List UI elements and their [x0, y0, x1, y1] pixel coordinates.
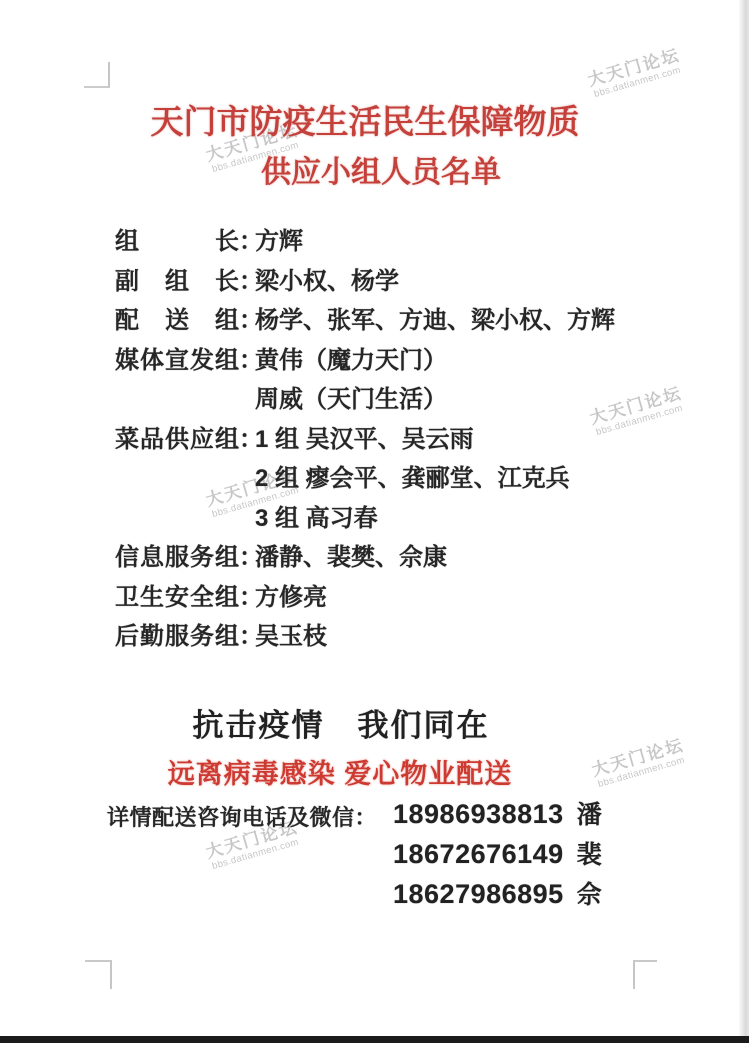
crop-mark-bottom-right — [633, 960, 657, 989]
document-title-line1: 天门市防疫生活民生保障物质 — [0, 96, 730, 143]
roster-label: 信息服务组 — [115, 538, 239, 578]
roster-row-continuation: 3 组 高习春 — [115, 499, 675, 539]
watermark-url: bbs.datianmen.com — [593, 64, 685, 100]
roster-list: 组长：方辉 副组长：梁小权、杨学 配送组：杨学、张军、方迪、梁小权、方辉 媒体宣… — [115, 222, 675, 657]
roster-names: 吴玉枝 — [255, 623, 327, 650]
phone-entry: 18627986895佘 — [393, 874, 602, 914]
roster-names: 2 组 瘳会平、龚郦堂、江克兵 — [255, 465, 570, 492]
phone-list: 18986938813潘 18672676149裴 18627986895佘 — [393, 794, 602, 914]
roster-colon: ： — [239, 578, 255, 618]
roster-row: 菜品供应组：1 组 吴汉平、吴云雨 — [115, 420, 675, 460]
slogan-black: 抗击疫情 我们同在 — [0, 700, 682, 745]
phone-entry: 18672676149裴 — [393, 834, 602, 874]
roster-colon: ： — [239, 222, 255, 262]
document-title-line2: 供应小组人员名单 — [13, 147, 749, 191]
roster-label: 菜品供应组 — [115, 420, 239, 460]
roster-label: 配送组 — [115, 301, 239, 341]
roster-row: 副组长：梁小权、杨学 — [115, 262, 675, 302]
roster-row: 媒体宣发组：黄伟（魔力天门） — [115, 341, 675, 381]
roster-label: 副组长 — [115, 262, 239, 302]
roster-names: 梁小权、杨学 — [255, 268, 399, 295]
watermark-url: bbs.datianmen.com — [211, 836, 303, 872]
roster-colon: ： — [239, 341, 255, 381]
roster-names: 3 组 高习春 — [255, 505, 378, 532]
document-photo: 大天门论坛 bbs.datianmen.com 大天门论坛 bbs.datian… — [0, 0, 749, 1043]
roster-row: 卫生安全组：方修亮 — [115, 578, 675, 618]
phone-number: 18986938813 — [393, 799, 564, 829]
roster-row: 配送组：杨学、张军、方迪、梁小权、方辉 — [115, 301, 675, 341]
watermark-title: 大天门论坛 — [586, 45, 683, 90]
roster-row: 组长：方辉 — [115, 222, 675, 262]
phone-entry: 18986938813潘 — [393, 794, 602, 834]
roster-label: 卫生安全组 — [115, 578, 239, 618]
roster-names: 黄伟（魔力天门） — [255, 347, 447, 374]
contact-intro: 详情配送咨询电话及微信： — [107, 801, 377, 832]
phone-number: 18627986895 — [393, 879, 564, 909]
roster-names: 方修亮 — [255, 584, 327, 611]
roster-label: 媒体宣发组 — [115, 341, 239, 381]
roster-names: 杨学、张军、方迪、梁小权、方辉 — [255, 307, 615, 334]
contact-surname: 潘 — [577, 801, 602, 829]
watermark: 大天门论坛 bbs.datianmen.com — [586, 45, 686, 100]
roster-colon: ： — [239, 617, 255, 657]
roster-label: 后勤服务组 — [115, 617, 239, 657]
slogan-red: 远离病毒感染 爱心物业配送 — [0, 752, 680, 791]
roster-row-continuation: 周威（天门生活） — [115, 380, 675, 420]
roster-colon: ： — [239, 538, 255, 578]
roster-row: 信息服务组：潘静、裴樊、佘康 — [115, 538, 675, 578]
roster-names: 潘静、裴樊、佘康 — [255, 544, 447, 571]
roster-names: 方辉 — [255, 228, 303, 255]
roster-colon: ： — [239, 420, 255, 460]
contact-surname: 裴 — [577, 841, 602, 869]
roster-row: 后勤服务组：吴玉枝 — [115, 617, 675, 657]
roster-names: 1 组 吴汉平、吴云雨 — [255, 426, 474, 453]
crop-mark-top-left — [84, 62, 110, 88]
crop-mark-bottom-left — [85, 960, 112, 989]
photo-edge-bottom — [0, 1036, 749, 1043]
roster-colon: ： — [239, 301, 255, 341]
roster-row-continuation: 2 组 瘳会平、龚郦堂、江克兵 — [115, 459, 675, 499]
roster-names: 周威（天门生活） — [255, 386, 447, 413]
phone-number: 18672676149 — [393, 839, 564, 869]
contact-surname: 佘 — [577, 881, 602, 909]
roster-label: 组长 — [115, 222, 239, 262]
roster-colon: ： — [239, 262, 255, 302]
